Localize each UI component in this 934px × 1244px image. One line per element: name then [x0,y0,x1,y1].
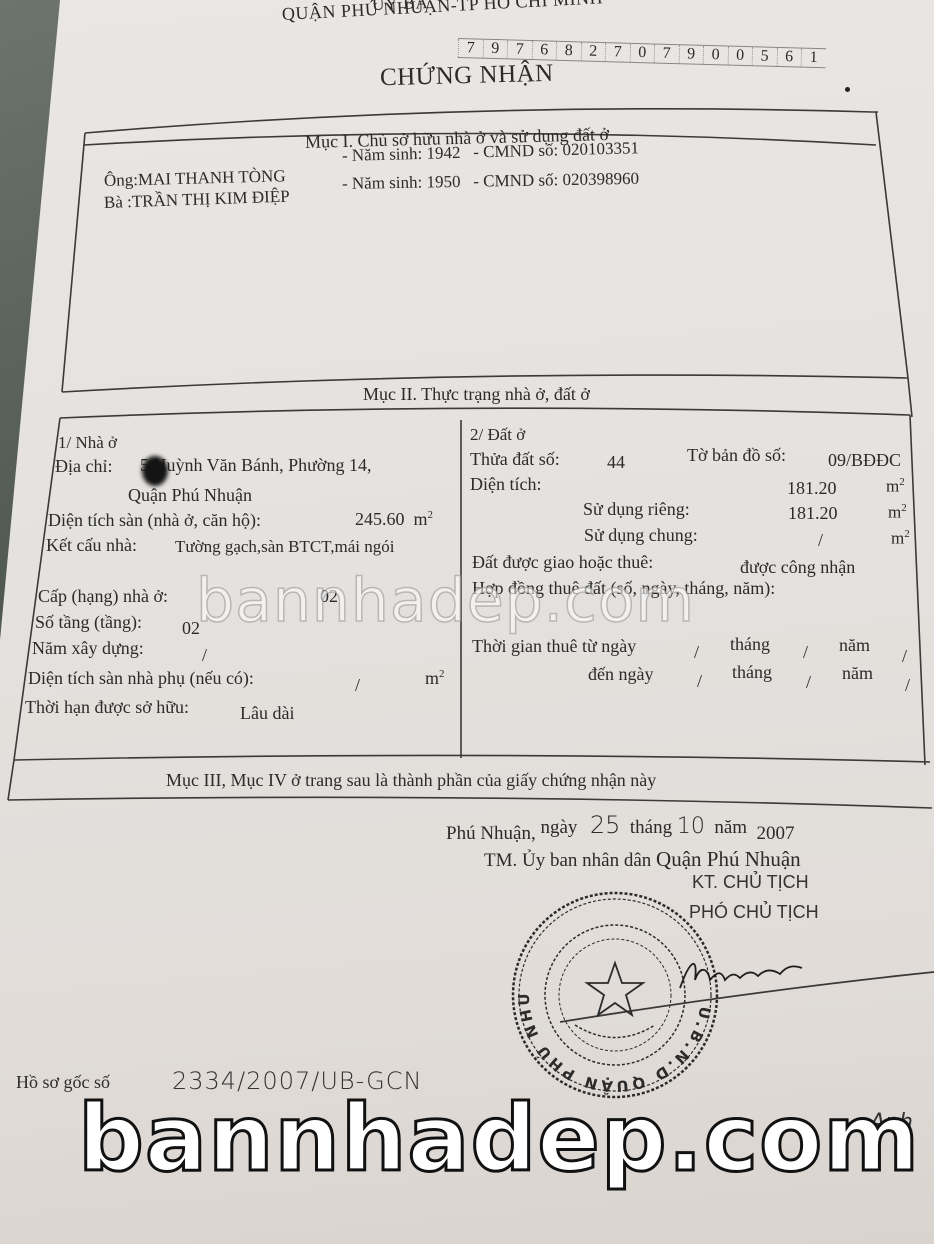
footer-note: Mục III, Mục IV ở trang sau là thành phầ… [166,770,656,791]
serial-digit: 0 [727,47,752,66]
aux-area-label: Diện tích sàn nhà phụ (nếu có): [28,668,254,689]
year-value: 2007 [757,823,795,844]
aux-area-unit: m2 [425,668,445,689]
structure-value: Tường gạch,sàn BTCT,mái ngói [175,537,395,557]
ink-dot [845,87,850,92]
year-label: năm [714,817,747,838]
lease-to-label: đến ngày [588,664,653,685]
serial-digit: 0 [703,46,728,65]
lease-from-year-label: năm [839,635,870,656]
watermark-bold: bannhadep.com [78,1085,920,1192]
unit: m [425,668,439,688]
owner-prefix: Ông: [104,170,138,190]
lease-to-month-label: tháng [732,662,772,683]
owner-prefix: Bà : [104,192,133,212]
land-area-label: Diện tích: [470,474,541,495]
unit: m [886,477,899,496]
section2-heading: Mục II. Thực trạng nhà ở, đất ở [363,384,590,405]
lease-from-month: / [803,642,808,663]
serial-digit: 7 [605,43,630,62]
lease-from-month-label: tháng [730,634,770,655]
lease-to-month: / [806,672,811,693]
month-value: 10 [677,814,705,839]
id-label: - CMND số: [473,140,558,161]
floor-area-number: 245.60 [355,509,405,529]
lease-from-label: Thời gian thuê từ ngày [472,636,636,657]
serial-digit: 8 [556,42,581,61]
org-line: TM. Ủy ban nhân dân [484,850,651,871]
serial-digit: 6 [531,41,556,60]
unit: m [888,503,901,522]
shared-use-value: / [818,530,823,551]
ownership-term-value: Lâu dài [240,703,294,724]
allocation-value: được công nhận [740,557,855,578]
day-value: 25 [590,811,621,839]
map-sheet-value: 09/BĐĐC [828,450,901,471]
private-use-unit: m2 [888,502,907,523]
year-built-label: Năm xây dựng: [32,638,144,659]
id-number: 020103351 [562,138,639,159]
serial-digit: 6 [776,48,801,67]
birth-label: - Năm sinh: [342,144,423,165]
serial-digit: 5 [752,47,777,66]
ownership-term-label: Thời hạn được sở hữu: [25,697,189,718]
land-title: 2/ Đất ở [470,425,525,445]
land-area-unit: m2 [886,476,905,497]
structure-label: Kết cấu nhà: [46,535,137,556]
serial-digit: 7 [654,44,679,63]
parcel-label: Thửa đất số: [470,449,560,470]
lease-from-day: / [694,642,699,663]
redaction-blot [142,456,168,486]
owner-name: MAI THANH TÒNG [138,166,286,189]
serial-digit: 0 [629,44,654,63]
id-label: - CMND số: [473,170,558,190]
year-built-value: / [202,645,207,666]
document-title: CHỨNG NHẬN [380,60,554,93]
grade-label: Cấp (hạng) nhà ở: [38,586,168,607]
day-label: ngày [540,817,577,838]
serial-digit: 7 [507,40,532,59]
shared-use-unit: m2 [891,528,910,549]
signing-org: TM. Ủy ban nhân dân Quận Phú Nhuận [484,847,801,872]
unit: m [891,529,904,548]
serial-digit: 7 [458,39,483,58]
id-number: 020398960 [562,169,639,189]
birth-year: 1950 [426,172,460,192]
floor-area-value: 245.60 m2 [355,509,433,530]
house-title: 1/ Nhà ở [58,433,117,453]
serial-digit: 1 [801,49,826,68]
lease-to-year: / [905,675,910,696]
address-label: Địa chỉ: [55,456,112,477]
birth-label: - Năm sinh: [342,173,423,193]
shared-use-label: Sử dụng chung: [584,525,698,546]
lease-to-day: / [697,671,702,692]
org-name: Quận Phú Nhuận [656,847,801,871]
floor-area-label: Diện tích sàn (nhà ở, căn hộ): [48,510,261,531]
address-line2: Quận Phú Nhuận [128,485,252,506]
lease-from-year: / [902,646,907,667]
private-use-label: Sử dụng riêng: [583,499,690,520]
signing-place: Phú Nhuận, [446,823,536,844]
serial-digit: 2 [580,42,605,61]
handwritten-signature [670,950,820,1000]
serial-digit: 9 [678,45,703,64]
floors-label: Số tầng (tầng): [35,612,142,633]
month-label: tháng [630,817,672,838]
unit: m [414,509,428,529]
serial-digit: 9 [482,40,507,59]
parcel-value: 44 [607,452,625,473]
birth-year: 1942 [426,143,460,163]
watermark-light: bannhadep.com [196,566,695,636]
lease-to-year-label: năm [842,663,873,684]
address-line1: 5 Huỳnh Văn Bánh, Phường 14, [140,455,371,476]
aux-area-value: / [355,675,360,696]
signing-place-date: Phú Nhuận, ngày 25 tháng 10 năm 2007 [446,817,795,845]
private-use-value: 181.20 [788,503,838,524]
land-area-value: 181.20 [787,478,837,499]
map-sheet-label: Tờ bản đồ số: [687,445,786,466]
